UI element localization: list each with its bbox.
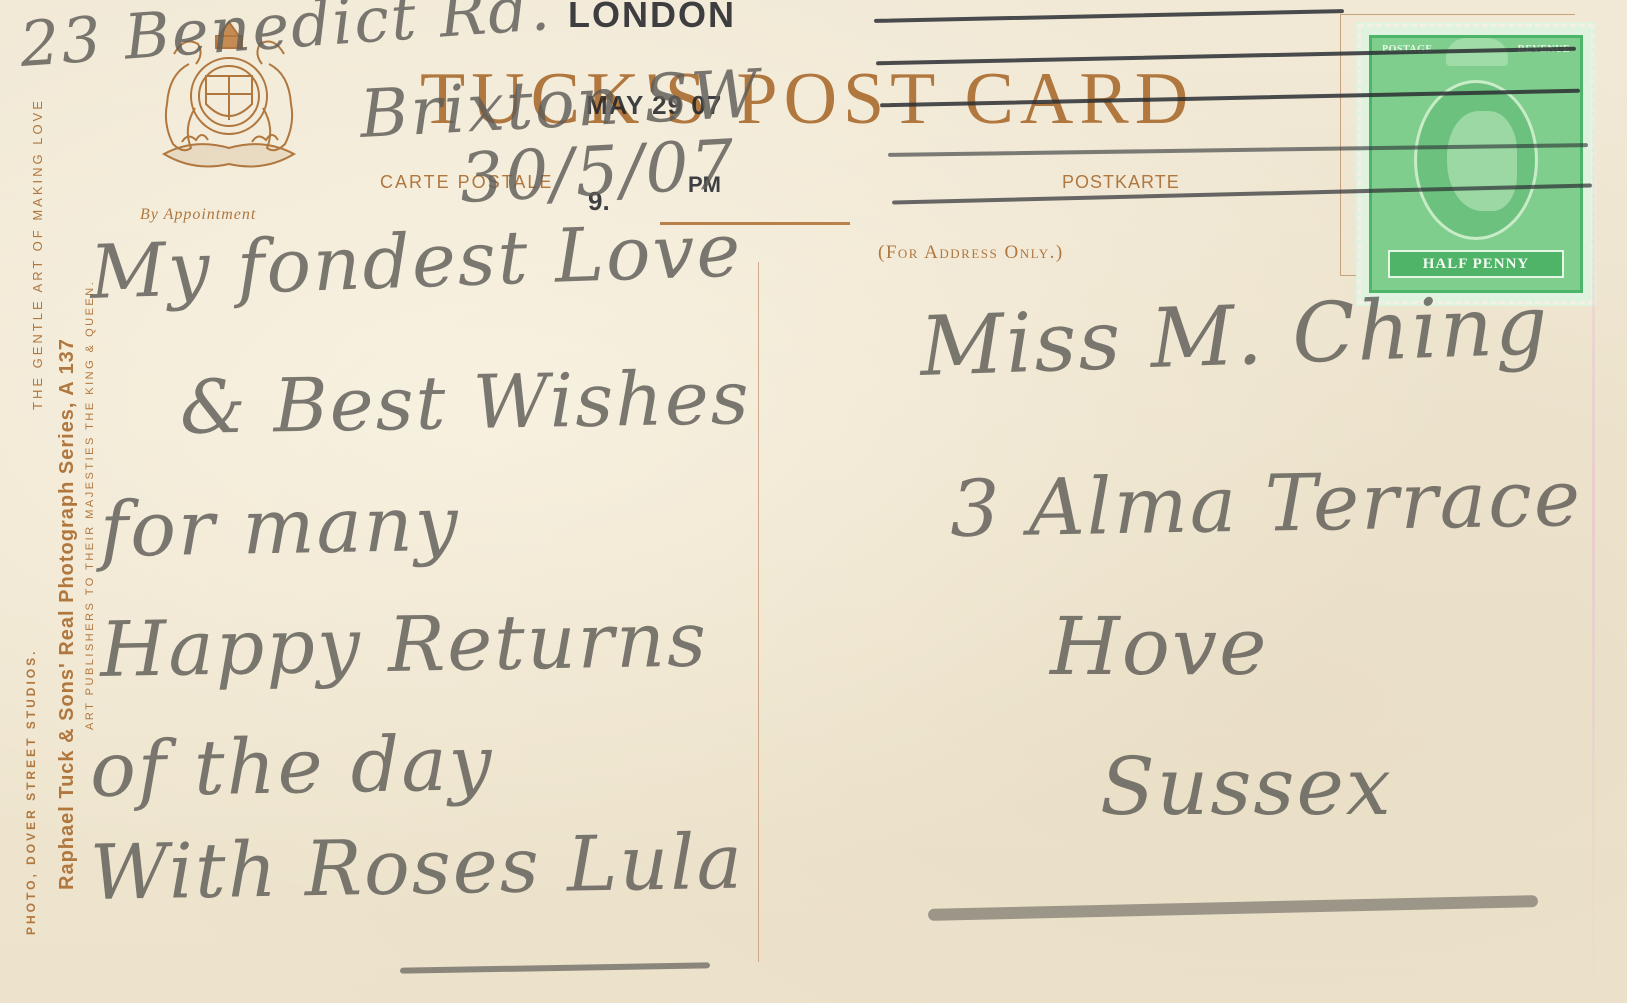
cancel-line [874,9,1344,23]
publisher-line-vertical: ART PUBLISHERS TO THEIR MAJESTIES THE KI… [84,280,96,730]
photo-credit-vertical: PHOTO, DOVER STREET STUDIOS. [24,649,38,935]
for-address-only-label: (For Address Only.) [878,242,1064,264]
message-line: for many [99,479,460,574]
handwritten-date: 30/5/07 [458,126,738,219]
message-line: Happy Returns [99,594,708,694]
message-line: of the day [89,718,494,814]
recipient-underline [928,895,1538,921]
by-appointment-text: By Appointment [140,206,256,224]
recipient-line: Miss M. Ching [918,278,1551,395]
half-penny-stamp: POSTAGE REVENUE HALF PENNY [1358,24,1594,304]
recipient-line: 3 Alma Terrace [949,454,1582,555]
message-line: With Roses Lula [89,817,744,917]
postmark-city: LONDON [568,0,736,36]
message-line: & Best Wishes [179,355,751,451]
king-portrait-icon [1414,80,1538,240]
postkarte-label: POSTKARTE [1062,172,1180,193]
series-title-vertical: THE GENTLE ART OF MAKING LOVE [30,98,45,410]
stamp-value-label: HALF PENNY [1388,250,1564,278]
recipient-line: Sussex [1100,740,1393,833]
recipient-line: Hove [1050,600,1268,693]
signature-underline [400,962,710,973]
center-divider-line [758,262,759,962]
postcard-back: By Appointment TUCK'S POST CARD CARTE PO… [0,0,1627,1003]
series-name-vertical: Raphael Tuck & Sons' Real Photograph Ser… [56,338,79,890]
